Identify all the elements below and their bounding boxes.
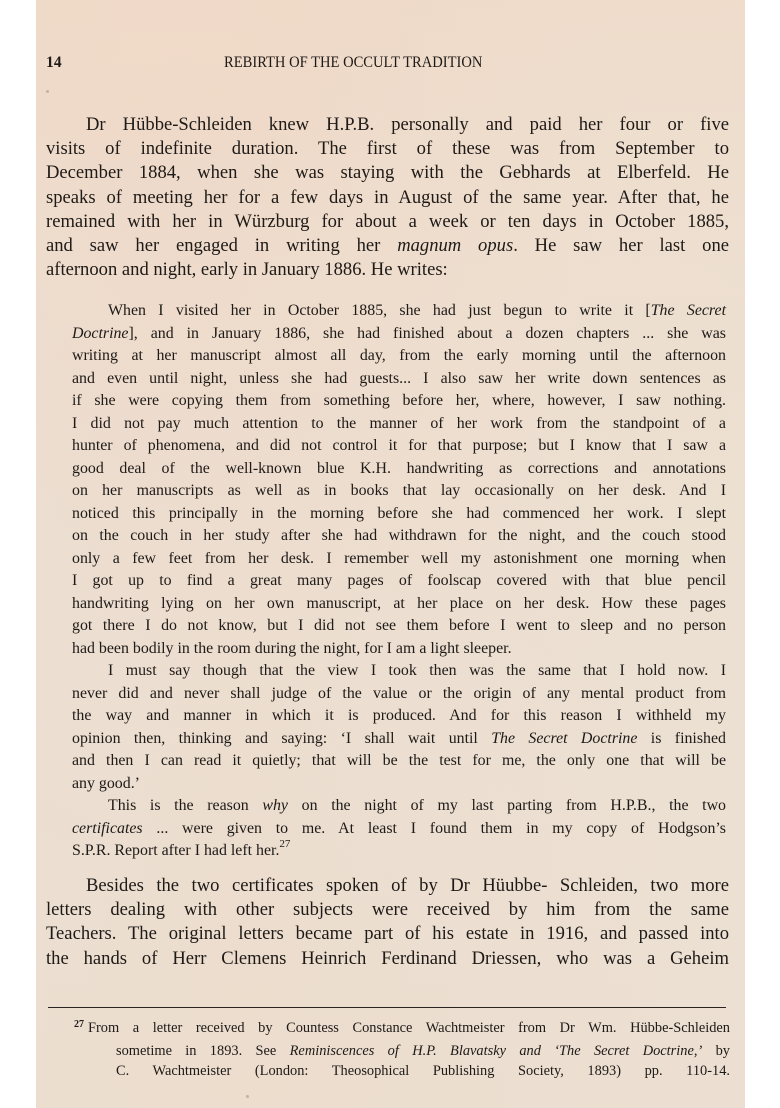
block-quote: When I visited her in October 1885, she … (72, 300, 726, 863)
text-run: visits of indefinite duration. The first… (46, 138, 729, 159)
text-run: December 1884, when she was staying with… (46, 162, 729, 183)
text-line: letters dealing with other subjects were… (46, 898, 729, 922)
text-run: the hands of Herr Clemens Heinrich Ferdi… (46, 948, 729, 969)
text-line: the way and manner in which it is produc… (72, 705, 726, 728)
quote-paragraph: This is the reason why on the night of m… (72, 795, 726, 863)
text-run: opinion then, thinking and saying: ‘I sh… (72, 730, 491, 747)
text-line: hunter of phenomena, and did not control… (72, 435, 726, 458)
running-head: 14 REBIRTH OF THE OCCULT TRADITION (46, 54, 736, 74)
text-line: I must say though that the view I took t… (72, 660, 726, 683)
book-page: 14 REBIRTH OF THE OCCULT TRADITION Dr Hü… (36, 0, 745, 1108)
text-line: When I visited her in October 1885, she … (72, 300, 726, 323)
text-line: remained with her in Würzburg for about … (46, 210, 729, 234)
text-line: handwriting lying on her own manuscript,… (72, 593, 726, 616)
text-line: I did not pay much attention to the mann… (72, 413, 726, 436)
text-run: is finished (637, 730, 726, 747)
text-run: noticed this principally in the morning … (72, 505, 726, 522)
italic-title: why (262, 797, 288, 814)
paper-speck (46, 90, 49, 93)
text-run: Besides the two certificates spoken of b… (86, 875, 729, 896)
text-run: and even until night, unless she had gue… (72, 370, 726, 387)
footnote-reference: 27 (279, 838, 290, 850)
text-run: ... were given to me. At least I found t… (143, 820, 726, 837)
text-line: Doctrine], and in January 1886, she had … (72, 323, 726, 346)
paragraph-1: Dr Hübbe-Schleiden knew H.P.B. personall… (46, 113, 729, 282)
text-run: I got up to find a great many pages of f… (72, 572, 726, 589)
text-run: Dr Hübbe-Schleiden knew H.P.B. personall… (86, 114, 729, 135)
text-line: visits of indefinite duration. The first… (46, 137, 729, 161)
text-line: Teachers. The original letters became pa… (46, 922, 729, 946)
text-line: December 1884, when she was staying with… (46, 161, 729, 185)
text-line: only a few feet from her desk. I remembe… (72, 548, 726, 571)
text-run: I did not pay much attention to the mann… (72, 415, 726, 432)
italic-title: The Secret Doctrine (491, 730, 637, 747)
text-run: and saw her engaged in writing her (46, 235, 397, 256)
italic-title: Doctrine (72, 325, 129, 342)
italic-title: Reminiscences of H.P. Blavatsky and ‘The… (290, 1043, 703, 1059)
text-line: S.P.R. Report after I had left her.27 (72, 840, 726, 863)
text-run: afternoon and night, early in January 18… (46, 259, 448, 280)
text-run: by (702, 1043, 730, 1059)
footnote-separator (48, 1007, 726, 1008)
text-run: had been bodily in the room during the n… (72, 640, 512, 657)
text-run: Teachers. The original letters became pa… (46, 923, 729, 944)
text-run: handwriting lying on her own manuscript,… (72, 595, 726, 612)
text-line: This is the reason why on the night of m… (72, 795, 726, 818)
page-number: 14 (46, 54, 62, 72)
text-run: ], and in January 1886, she had finished… (129, 325, 727, 342)
text-line: any good.’ (72, 773, 726, 796)
text-line: opinion then, thinking and saying: ‘I sh… (72, 728, 726, 751)
text-run: sometime in 1893. See (116, 1043, 290, 1059)
quote-paragraph: When I visited her in October 1885, she … (72, 300, 726, 660)
text-line: on her manuscripts as well as in books t… (72, 480, 726, 503)
text-run: any good.’ (72, 775, 140, 792)
text-line: noticed this principally in the morning … (72, 503, 726, 526)
paragraph-2: Besides the two certificates spoken of b… (46, 874, 729, 971)
footnote-line: C. Wachtmeister (London: Theosophical Pu… (74, 1061, 730, 1082)
text-run: on the couch in her study after she had … (72, 527, 726, 544)
text-run: writing at her manuscript almost all day… (72, 347, 726, 364)
text-run: the way and manner in which it is produc… (72, 707, 726, 724)
text-line: Besides the two certificates spoken of b… (46, 874, 729, 898)
text-run: on the night of my last parting from H.P… (288, 797, 726, 814)
text-run: if she were copying them from something … (72, 392, 726, 409)
text-run: When I visited her in October 1885, she … (108, 302, 651, 319)
text-line: and saw her engaged in writing her magnu… (46, 234, 729, 258)
running-head-title: REBIRTH OF THE OCCULT TRADITION (224, 54, 482, 72)
text-line: writing at her manuscript almost all day… (72, 345, 726, 368)
paper-speck (246, 1095, 249, 1098)
text-line: and even until night, unless she had gue… (72, 368, 726, 391)
footnote-27: 27From a letter received by Countess Con… (74, 1018, 730, 1082)
text-run: letters dealing with other subjects were… (46, 899, 729, 920)
text-line: and then I can read it quietly; that wil… (72, 750, 726, 773)
text-run: . He saw her last one (513, 235, 729, 256)
text-run: and then I can read it quietly; that wil… (72, 752, 726, 769)
text-line: the hands of Herr Clemens Heinrich Ferdi… (46, 947, 729, 971)
footnote-line: sometime in 1893. See Reminiscences of H… (74, 1041, 730, 1062)
text-run: I must say though that the view I took t… (108, 662, 726, 679)
text-line: on the couch in her study after she had … (72, 525, 726, 548)
text-run: never did and never shall judge of the v… (72, 685, 726, 702)
text-run: got there I do not know, but I did not s… (72, 617, 726, 634)
italic-title: magnum opus (397, 235, 513, 256)
footnote-line: 27From a letter received by Countess Con… (74, 1018, 730, 1041)
text-line: if she were copying them from something … (72, 390, 726, 413)
text-line: got there I do not know, but I did not s… (72, 615, 726, 638)
text-run: only a few feet from her desk. I remembe… (72, 550, 726, 567)
italic-title: certificates (72, 820, 143, 837)
footnote-marker: 27 (74, 1019, 84, 1030)
text-line: good deal of the well-known blue K.H. ha… (72, 458, 726, 481)
text-line: speaks of meeting her for a few days in … (46, 186, 729, 210)
text-line: I got up to find a great many pages of f… (72, 570, 726, 593)
text-line: certificates ... were given to me. At le… (72, 818, 726, 841)
text-run: S.P.R. Report after I had left her. (72, 842, 279, 859)
text-line: never did and never shall judge of the v… (72, 683, 726, 706)
italic-title: The Secret (651, 302, 726, 319)
text-run: hunter of phenomena, and did not control… (72, 437, 726, 454)
text-run: speaks of meeting her for a few days in … (46, 187, 729, 208)
text-run: remained with her in Würzburg for about … (46, 211, 729, 232)
text-line: afternoon and night, early in January 18… (46, 258, 729, 282)
text-run: This is the reason (108, 797, 262, 814)
text-run: good deal of the well-known blue K.H. ha… (72, 460, 726, 477)
text-line: Dr Hübbe-Schleiden knew H.P.B. personall… (46, 113, 729, 137)
text-run: on her manuscripts as well as in books t… (72, 482, 726, 499)
quote-paragraph: I must say though that the view I took t… (72, 660, 726, 795)
text-line: had been bodily in the room during the n… (72, 638, 726, 661)
text-run: From a letter received by Countess Const… (88, 1020, 730, 1036)
text-run: C. Wachtmeister (London: Theosophical Pu… (116, 1063, 730, 1079)
